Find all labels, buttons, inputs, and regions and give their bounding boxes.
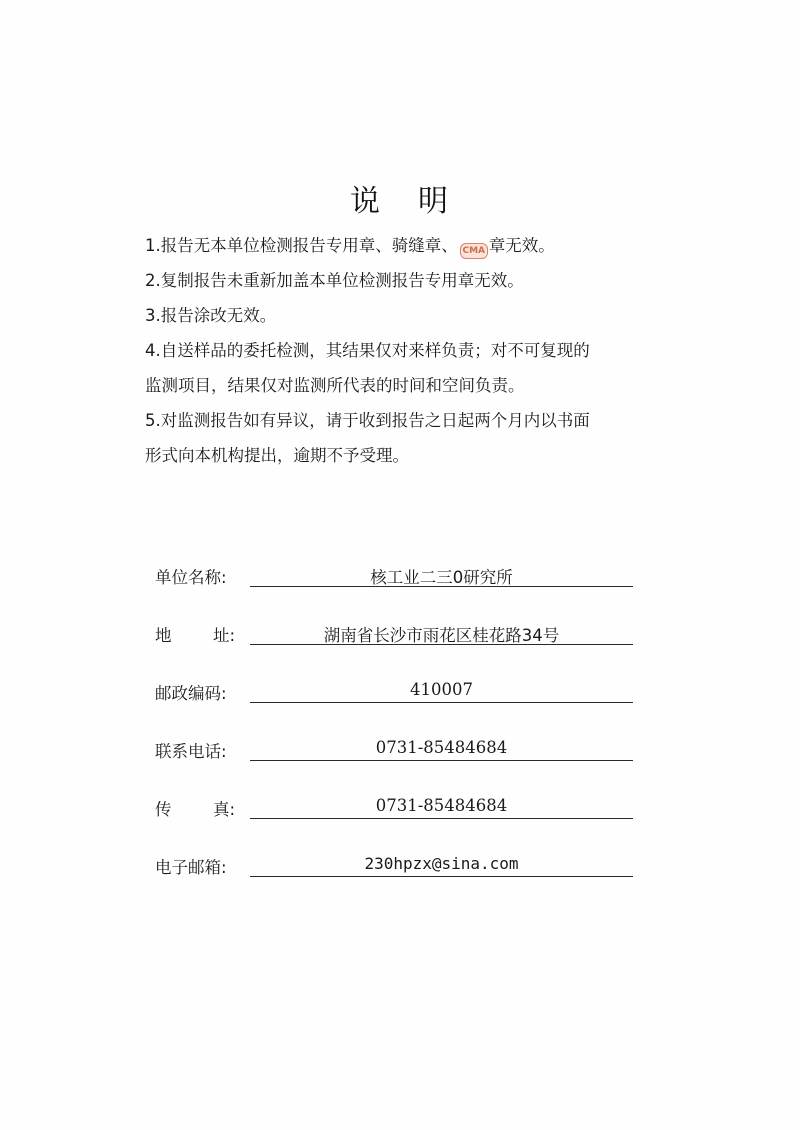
org-name-label: 单位名称: — [155, 564, 245, 588]
fax-row: 传真: 0731-85484684 — [155, 792, 635, 850]
email-value: 230hpzx@sina.com — [250, 854, 633, 873]
address-label-b: 址: — [213, 622, 235, 646]
note-1-tail: 章无效。 — [489, 236, 555, 255]
org-name-underline — [250, 586, 633, 587]
org-name-value: 核工业二三0研究所 — [250, 564, 633, 588]
phone-value: 0731-85484684 — [250, 738, 633, 757]
document-page: 说明 1.报告无本单位检测报告专用章、骑缝章、CMA章无效。 2.复制报告未重新… — [0, 0, 800, 1130]
email-row: 电子邮箱: 230hpzx@sina.com — [155, 850, 635, 908]
contact-info: 单位名称: 核工业二三0研究所 地址: 湖南省长沙市雨花区桂花路34号 邮政编码… — [155, 560, 635, 908]
fax-label: 传真: — [155, 796, 235, 820]
postcode-value: 410007 — [250, 680, 633, 699]
address-row: 地址: 湖南省长沙市雨花区桂花路34号 — [155, 618, 635, 676]
postcode-row: 邮政编码: 410007 — [155, 676, 635, 734]
note-1-text: 1.报告无本单位检测报告专用章、骑缝章、 — [145, 236, 458, 255]
email-label: 电子邮箱: — [155, 854, 245, 878]
postcode-underline — [250, 702, 633, 703]
note-1: 1.报告无本单位检测报告专用章、骑缝章、CMA章无效。 — [145, 228, 665, 263]
phone-label: 联系电话: — [155, 738, 245, 762]
note-5-line-2: 形式向本机构提出，逾期不予受理。 — [145, 438, 665, 473]
title-char-1: 说 — [350, 176, 382, 220]
postcode-label: 邮政编码: — [155, 680, 245, 704]
fax-label-a: 传 — [155, 796, 172, 820]
address-underline — [250, 644, 633, 645]
note-2: 2.复制报告未重新加盖本单位检测报告专用章无效。 — [145, 263, 665, 298]
fax-label-b: 真: — [213, 796, 235, 820]
phone-underline — [250, 760, 633, 761]
fax-value: 0731-85484684 — [250, 796, 633, 815]
note-4-line-2: 监测项目，结果仅对监测所代表的时间和空间负责。 — [145, 368, 665, 403]
notes-list: 1.报告无本单位检测报告专用章、骑缝章、CMA章无效。 2.复制报告未重新加盖本… — [145, 228, 665, 473]
phone-row: 联系电话: 0731-85484684 — [155, 734, 635, 792]
title-char-2: 明 — [418, 176, 450, 220]
note-4-line-1: 4.自送样品的委托检测，其结果仅对来样负责；对不可复现的 — [145, 333, 665, 368]
note-5-line-1: 5.对监测报告如有异议，请于收到报告之日起两个月内以书面 — [145, 403, 665, 438]
page-title: 说明 — [0, 176, 800, 220]
org-name-row: 单位名称: 核工业二三0研究所 — [155, 560, 635, 618]
fax-underline — [250, 818, 633, 819]
note-3: 3.报告涂改无效。 — [145, 298, 665, 333]
email-underline — [250, 876, 633, 877]
address-label-a: 地 — [155, 622, 172, 646]
address-label: 地址: — [155, 622, 235, 646]
address-value: 湖南省长沙市雨花区桂花路34号 — [250, 622, 633, 646]
cma-stamp-icon: CMA — [460, 243, 488, 259]
